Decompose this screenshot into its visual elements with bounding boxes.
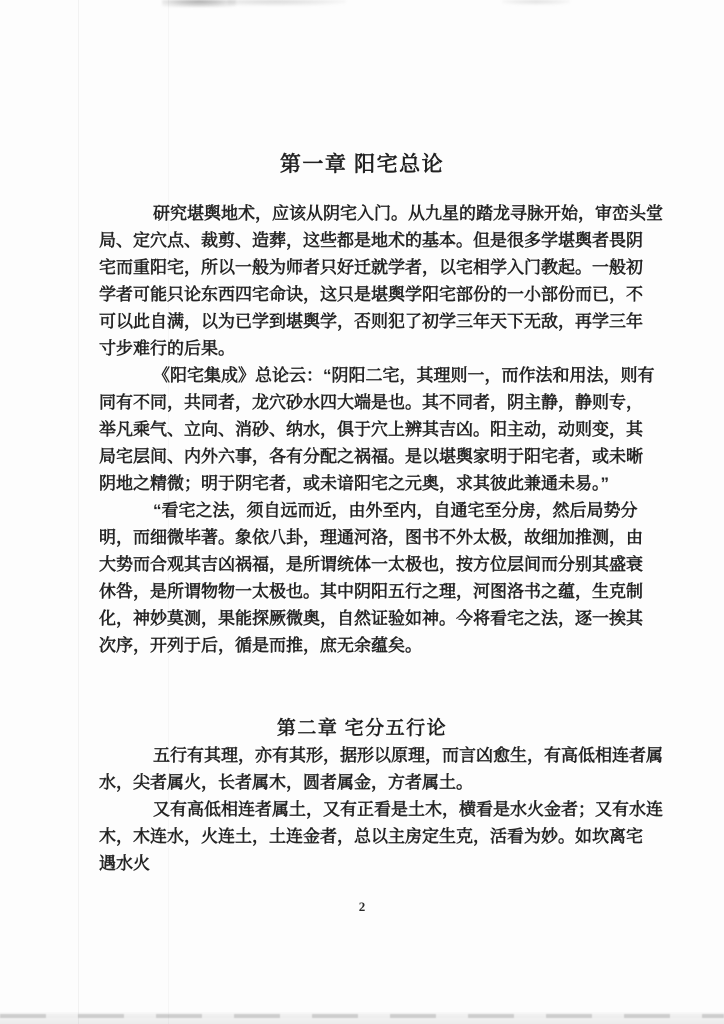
text-line: 局宅层间、内外六事，各有分配之祸福。是以堪舆家明于阳宅者，或未晰	[99, 443, 627, 470]
text-line: 同有不同，共同者，龙穴砂水四大端是也。其不同者，阴主静，静则专，	[99, 389, 627, 416]
text-line: 化，神妙莫测，果能探厥微奥，自然证验如神。今将看宅之法，逐一挨其	[99, 605, 627, 632]
paragraph-five-elements-combinations: 又有高低相连者属土，又有正看是土木，横看是水火金者；又有水连木，木连水，火连土，…	[99, 796, 627, 877]
text-line: 又有高低相连者属土，又有正看是土木，横看是水火金者；又有水连	[99, 796, 627, 823]
scan-artifact-top-smudge	[228, 0, 346, 6]
text-line: 举凡乘气、立向、消砂、纳水，俱于穴上辨其吉凶。阳主动，动则变，其	[99, 416, 627, 443]
text-line: “看宅之法，须自远而近，由外至内，自通宅至分房，然后局势分	[99, 497, 627, 524]
text-line: 局、定穴点、裁剪、造葬，这些都是地术的基本。但是很多学堪舆者畏阴	[99, 227, 627, 254]
text-line: 五行有其理，亦有其形，据形以原理，而言凶愈生，有高低相连者属	[99, 742, 627, 769]
paragraph-kanzhai-method: “看宅之法，须自远而近，由外至内，自通宅至分房，然后局势分明，而细微毕著。象依八…	[99, 497, 627, 659]
scan-artifact-bottom-edge-line	[0, 1014, 724, 1018]
chapter-1-body: 研究堪舆地术，应该从阴宅入门。从九星的踏龙寻脉开始，审峦头堂局、定穴点、裁剪、造…	[99, 200, 627, 659]
text-line: 《阳宅集成》总论云：“阴阳二宅，其理则一，而作法和用法，则有	[99, 362, 627, 389]
text-line: 学者可能只论东西四宅命诀，这只是堪舆学阳宅部份的一小部份而已，不	[99, 281, 627, 308]
scanned-book-page: 第一章 阳宅总论 研究堪舆地术，应该从阴宅入门。从九星的踏龙寻脉开始，审峦头堂局…	[0, 0, 724, 1024]
chapter-2-body: 五行有其理，亦有其形，据形以原理，而言凶愈生，有高低相连者属水，尖者属火，长者属…	[99, 742, 627, 877]
paragraph-yangzhai-jicheng-quote: 《阳宅集成》总论云：“阴阳二宅，其理则一，而作法和用法，则有同有不同，共同者，龙…	[99, 362, 627, 497]
scan-artifact-bottom-edge	[0, 1012, 724, 1024]
chapter-1-title: 第一章 阳宅总论	[0, 148, 724, 178]
paragraph-intro: 研究堪舆地术，应该从阴宅入门。从九星的踏龙寻脉开始，审峦头堂局、定穴点、裁剪、造…	[99, 200, 627, 362]
text-line: 明，而细微毕著。象依八卦，理通河洛，图书不外太极，故细加推测，由	[99, 524, 627, 551]
text-line: 寸步难行的后果。	[99, 335, 627, 362]
chapter-2-title: 第二章 宅分五行论	[0, 713, 724, 740]
text-line: 宅而重阳宅，所以一般为师者只好迁就学者，以宅相学入门教起。一般初	[99, 254, 627, 281]
scan-artifact-top-smudge	[162, 0, 236, 7]
text-line: 遇水火	[99, 850, 627, 877]
text-line: 阴地之精微；明于阴宅者，或未谙阳宅之元奥，求其彼此兼通未易。”	[99, 470, 627, 497]
text-line: 休咎，是所谓物物一太极也。其中阴阳五行之理，河图洛书之蕴，生克制	[99, 578, 627, 605]
scan-artifact-top-smudge	[502, 0, 570, 5]
text-line: 大势而合观其吉凶祸福，是所谓统体一太极也，按方位层间而分别其盛衰	[99, 551, 627, 578]
page-number: 2	[0, 899, 724, 915]
paragraph-five-elements-shapes: 五行有其理，亦有其形，据形以原理，而言凶愈生，有高低相连者属水，尖者属火，长者属…	[99, 742, 627, 796]
text-line: 木，木连水，火连土，土连金者，总以主房定生克，活看为妙。如坎离宅	[99, 823, 627, 850]
text-line: 次序，开列于后，循是而推，庶无余蕴矣。	[99, 632, 627, 659]
text-line: 研究堪舆地术，应该从阴宅入门。从九星的踏龙寻脉开始，审峦头堂	[99, 200, 627, 227]
text-line: 水，尖者属火，长者属木，圆者属金，方者属土。	[99, 769, 627, 796]
text-line: 可以此自满，以为已学到堪舆学，否则犯了初学三年天下无敌，再学三年	[99, 308, 627, 335]
